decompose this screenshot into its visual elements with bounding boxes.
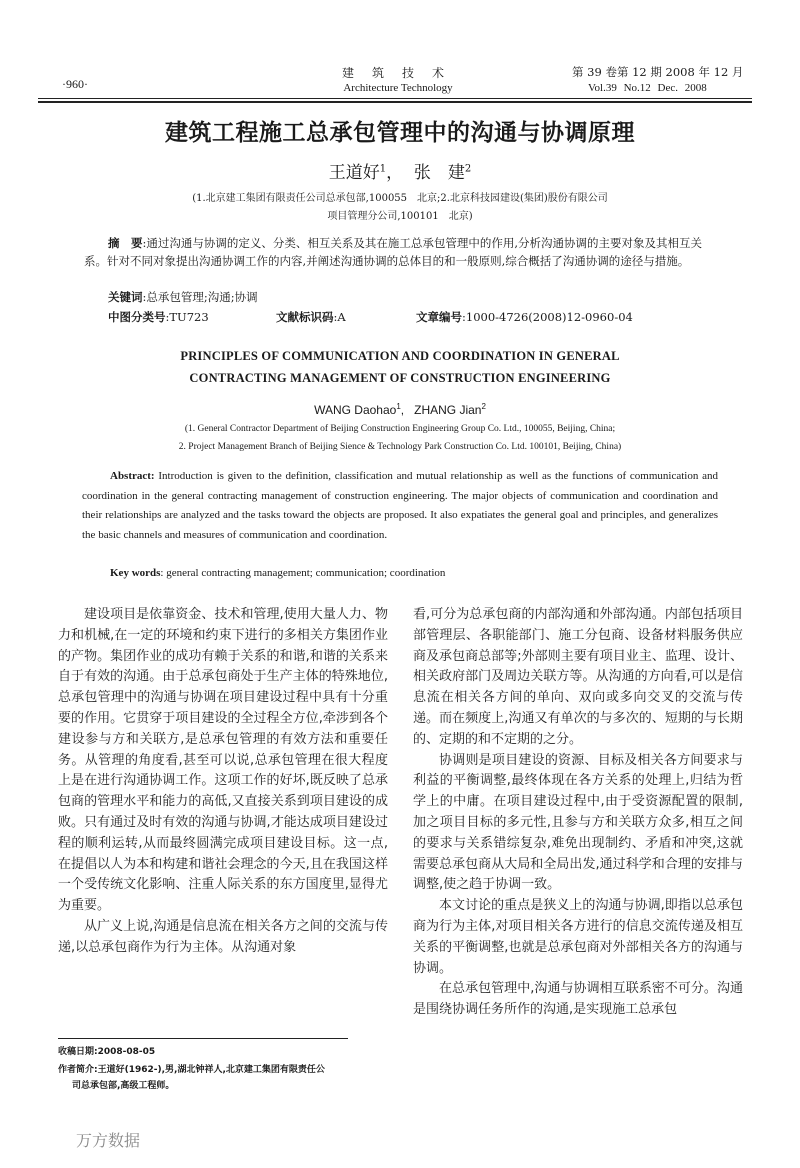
author-name: 张 建 — [414, 163, 465, 183]
keywords-cn: 关键词:总承包管理;沟通;协调 — [108, 289, 258, 305]
abstract-cn: 摘 要:通过沟通与协调的定义、分类、相互关系及其在施工总承包管理中的作用,分析沟… — [84, 234, 718, 270]
header-rule — [38, 98, 752, 99]
authors-en: WANG Daohao1, ZHANG Jian2 — [0, 402, 800, 417]
paper-title-cn: 建筑工程施工总承包管理中的沟通与协调原理 — [0, 114, 800, 147]
keywords-cn-label: 关键词 — [108, 290, 143, 304]
issue-info-en: Vol.39 No.12 Dec. 2008 — [588, 82, 707, 94]
author-name-en: ZHANG Jian — [414, 403, 481, 417]
author-affil-mark: 2 — [465, 163, 471, 174]
keywords-en-text: : general contracting management; commun… — [160, 567, 445, 579]
abstract-cn-text: :通过沟通与协调的定义、分类、相互关系及其在施工总承包管理中的作用,分析沟通协调… — [84, 236, 702, 268]
received-date: 收稿日期:2008-08-05 — [58, 1044, 388, 1060]
article-number-value: :1000-4726(2008)12-0960-04 — [462, 310, 633, 324]
author-bio-line1: 作者简介:王道好(1962-),男,湖北钟祥人,北京建工集团有限责任公 — [58, 1065, 325, 1075]
abstract-en-text: Introduction is given to the definition,… — [82, 470, 718, 541]
keywords-en: Key words: general contracting managemen… — [110, 567, 445, 579]
doc-code-label: 文献标识码 — [276, 310, 334, 324]
keywords-cn-text: :总承包管理;沟通;协调 — [143, 290, 258, 304]
journal-name-cn: 建筑技术 — [337, 64, 467, 81]
author-separator: ， — [386, 163, 403, 183]
footnote-rule — [58, 1038, 348, 1039]
abstract-cn-label: 摘 要 — [108, 236, 143, 250]
watermark: 万方数据 — [76, 1128, 140, 1151]
paper-title-en-line2: CONTRACTING MANAGEMENT OF CONSTRUCTION E… — [0, 371, 800, 386]
header-rule-thick — [38, 101, 752, 103]
authors-cn: 王道好1， 张 建2 — [0, 158, 800, 183]
body-column-right: 看,可分为总承包商的内部沟通和外部沟通。内部包括项目部管理层、各职能部门、施工分… — [413, 605, 743, 1021]
page-number: ·960· — [62, 77, 88, 92]
abstract-en: Abstract: Introduction is given to the d… — [82, 467, 718, 545]
issue-info-cn: 第 39 卷第 12 期 2008 年 12 月 — [572, 64, 743, 80]
paper-title-en-line1: PRINCIPLES OF COMMUNICATION AND COORDINA… — [0, 349, 800, 364]
affiliation-en-line1: (1. General Contractor Department of Bei… — [0, 424, 800, 434]
author-name-en: WANG Daohao — [314, 403, 396, 417]
doc-code: 文献标识码:A — [276, 309, 346, 325]
article-number: 文章编号:1000-4726(2008)12-0960-04 — [416, 309, 633, 325]
clc-value: :TU723 — [166, 310, 209, 324]
body-paragraph: 协调则是项目建设的资源、目标及相关各方间要求与利益的平衡调整,最终体现在各方关系… — [413, 751, 743, 897]
body-paragraph: 建设项目是依靠资金、技术和管理,使用大量人力、物力和机械,在一定的环境和约束下进… — [58, 605, 388, 917]
journal-name-en: Architecture Technology — [318, 82, 478, 94]
body-paragraph: 在总承包管理中,沟通与协调相互联系密不可分。沟通是围绕协调任务所作的沟通,是实现… — [413, 979, 743, 1021]
body-paragraph: 从广义上说,沟通是信息流在相关各方之间的交流与传递,以总承包商作为行为主体。从沟… — [58, 917, 388, 959]
author-affil-mark: 1 — [396, 402, 400, 411]
doc-code-value: :A — [334, 310, 346, 324]
abstract-en-label: Abstract: — [110, 470, 155, 482]
clc-code: 中图分类号:TU723 — [108, 309, 209, 325]
affiliation-cn-line1: (1.北京建工集团有限责任公司总承包部,100055 北京;2.北京科技园建设(… — [0, 189, 800, 204]
author-affil-mark: 2 — [481, 402, 485, 411]
author-bio-line2: 司总承包部,高级工程师。 — [58, 1078, 388, 1094]
body-paragraph: 看,可分为总承包商的内部沟通和外部沟通。内部包括项目部管理层、各职能部门、施工分… — [413, 605, 743, 751]
clc-label: 中图分类号 — [108, 310, 166, 324]
body-column-left: 建设项目是依靠资金、技术和管理,使用大量人力、物力和机械,在一定的环境和约束下进… — [58, 605, 388, 959]
keywords-en-label: Key words — [110, 567, 160, 579]
author-name: 王道好 — [329, 163, 380, 183]
affiliation-en-line2: 2. Project Management Branch of Beijing … — [0, 442, 800, 452]
author-bio: 作者简介:王道好(1962-),男,湖北钟祥人,北京建工集团有限责任公 司总承包… — [58, 1062, 388, 1094]
affiliation-cn-line2: 项目管理分公司,100101 北京) — [0, 207, 800, 222]
body-paragraph: 本文讨论的重点是狭义上的沟通与协调,即指以总承包商为行为主体,对项目相关各方进行… — [413, 896, 743, 979]
article-number-label: 文章编号 — [416, 310, 462, 324]
